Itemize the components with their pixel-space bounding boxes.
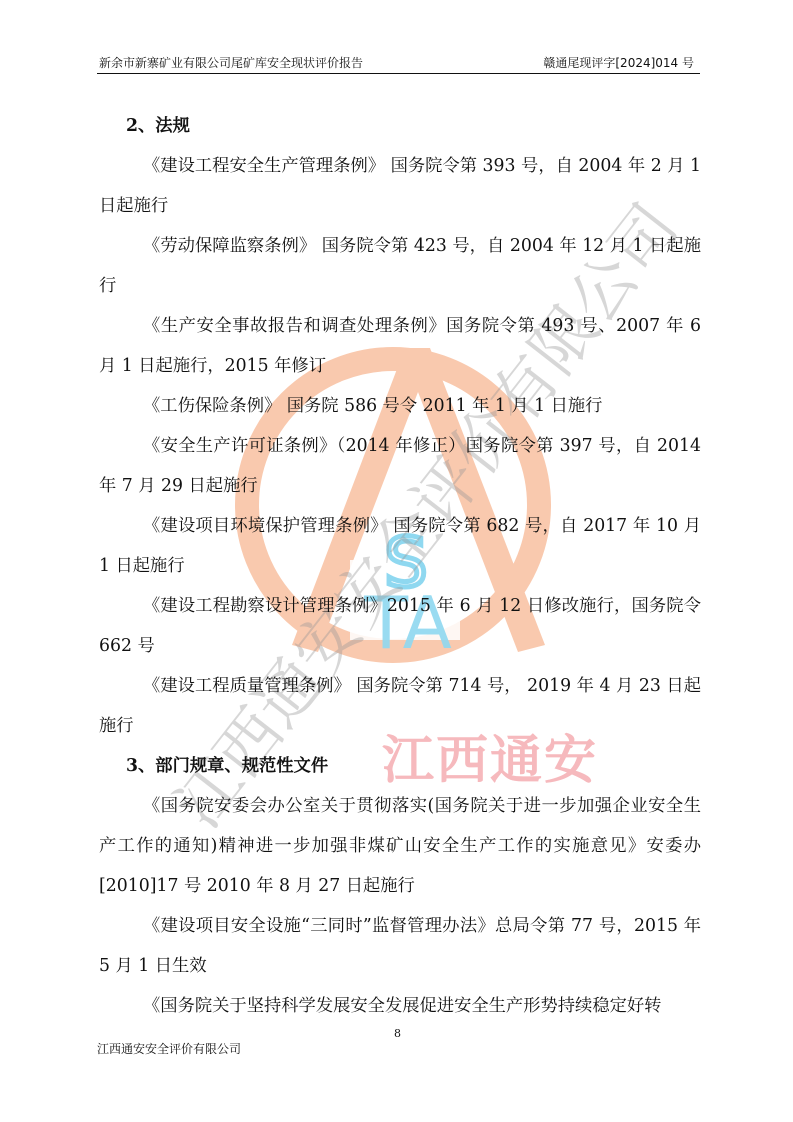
section-heading-regulations: 2、法规	[99, 106, 701, 146]
rule-item: 《国务院安委会办公室关于贯彻落实(国务院关于进一步加强企业安全生产工作的通知)精…	[99, 786, 701, 906]
regulation-item: 《工伤保险条例》 国务院 586 号令 2011 年 1 月 1 日施行	[99, 386, 701, 426]
document-number: 赣通尾现评字[2024]014 号	[543, 55, 694, 71]
document-body: 2、法规 《建设工程安全生产管理条例》 国务院令第 393 号，自 2004 年…	[99, 106, 701, 1026]
regulation-item: 《安全生产许可证条例》（2014 年修正）国务院令第 397 号，自 2014 …	[99, 426, 701, 506]
report-title: 新余市新寨矿业有限公司尾矿库安全现状评价报告	[99, 55, 363, 71]
page-number: 8	[394, 1027, 401, 1040]
regulation-item: 《建设项目环境保护管理条例》 国务院令第 682 号，自 2017 年 10 月…	[99, 506, 701, 586]
page-header: 新余市新寨矿业有限公司尾矿库安全现状评价报告 赣通尾现评字[2024]014 号	[97, 55, 700, 74]
regulation-item: 《建设工程勘察设计管理条例》2015 年 6 月 12 日修改施行，国务院令 6…	[99, 586, 701, 666]
rule-item: 《国务院关于坚持科学发展安全发展促进安全生产形势持续稳定好转	[99, 986, 701, 1026]
rule-item: 《建设项目安全设施“三同时”监督管理办法》总局令第 77 号，2015 年 5 …	[99, 906, 701, 986]
regulation-item: 《建设工程质量管理条例》 国务院令第 714 号， 2019 年 4 月 23 …	[99, 666, 701, 746]
regulation-item: 《劳动保障监察条例》 国务院令第 423 号，自 2004 年 12 月 1 日…	[99, 226, 701, 306]
section-heading-department-rules: 3、部门规章、规范性文件	[99, 746, 701, 786]
regulation-item: 《建设工程安全生产管理条例》 国务院令第 393 号，自 2004 年 2 月 …	[99, 146, 701, 226]
regulation-item: 《生产安全事故报告和调查处理条例》国务院令第 493 号、2007 年 6 月 …	[99, 306, 701, 386]
document-page: 新余市新寨矿业有限公司尾矿库安全现状评价报告 赣通尾现评字[2024]014 号…	[0, 0, 793, 1122]
footer-company: 江西通安安全评价有限公司	[97, 1040, 241, 1057]
